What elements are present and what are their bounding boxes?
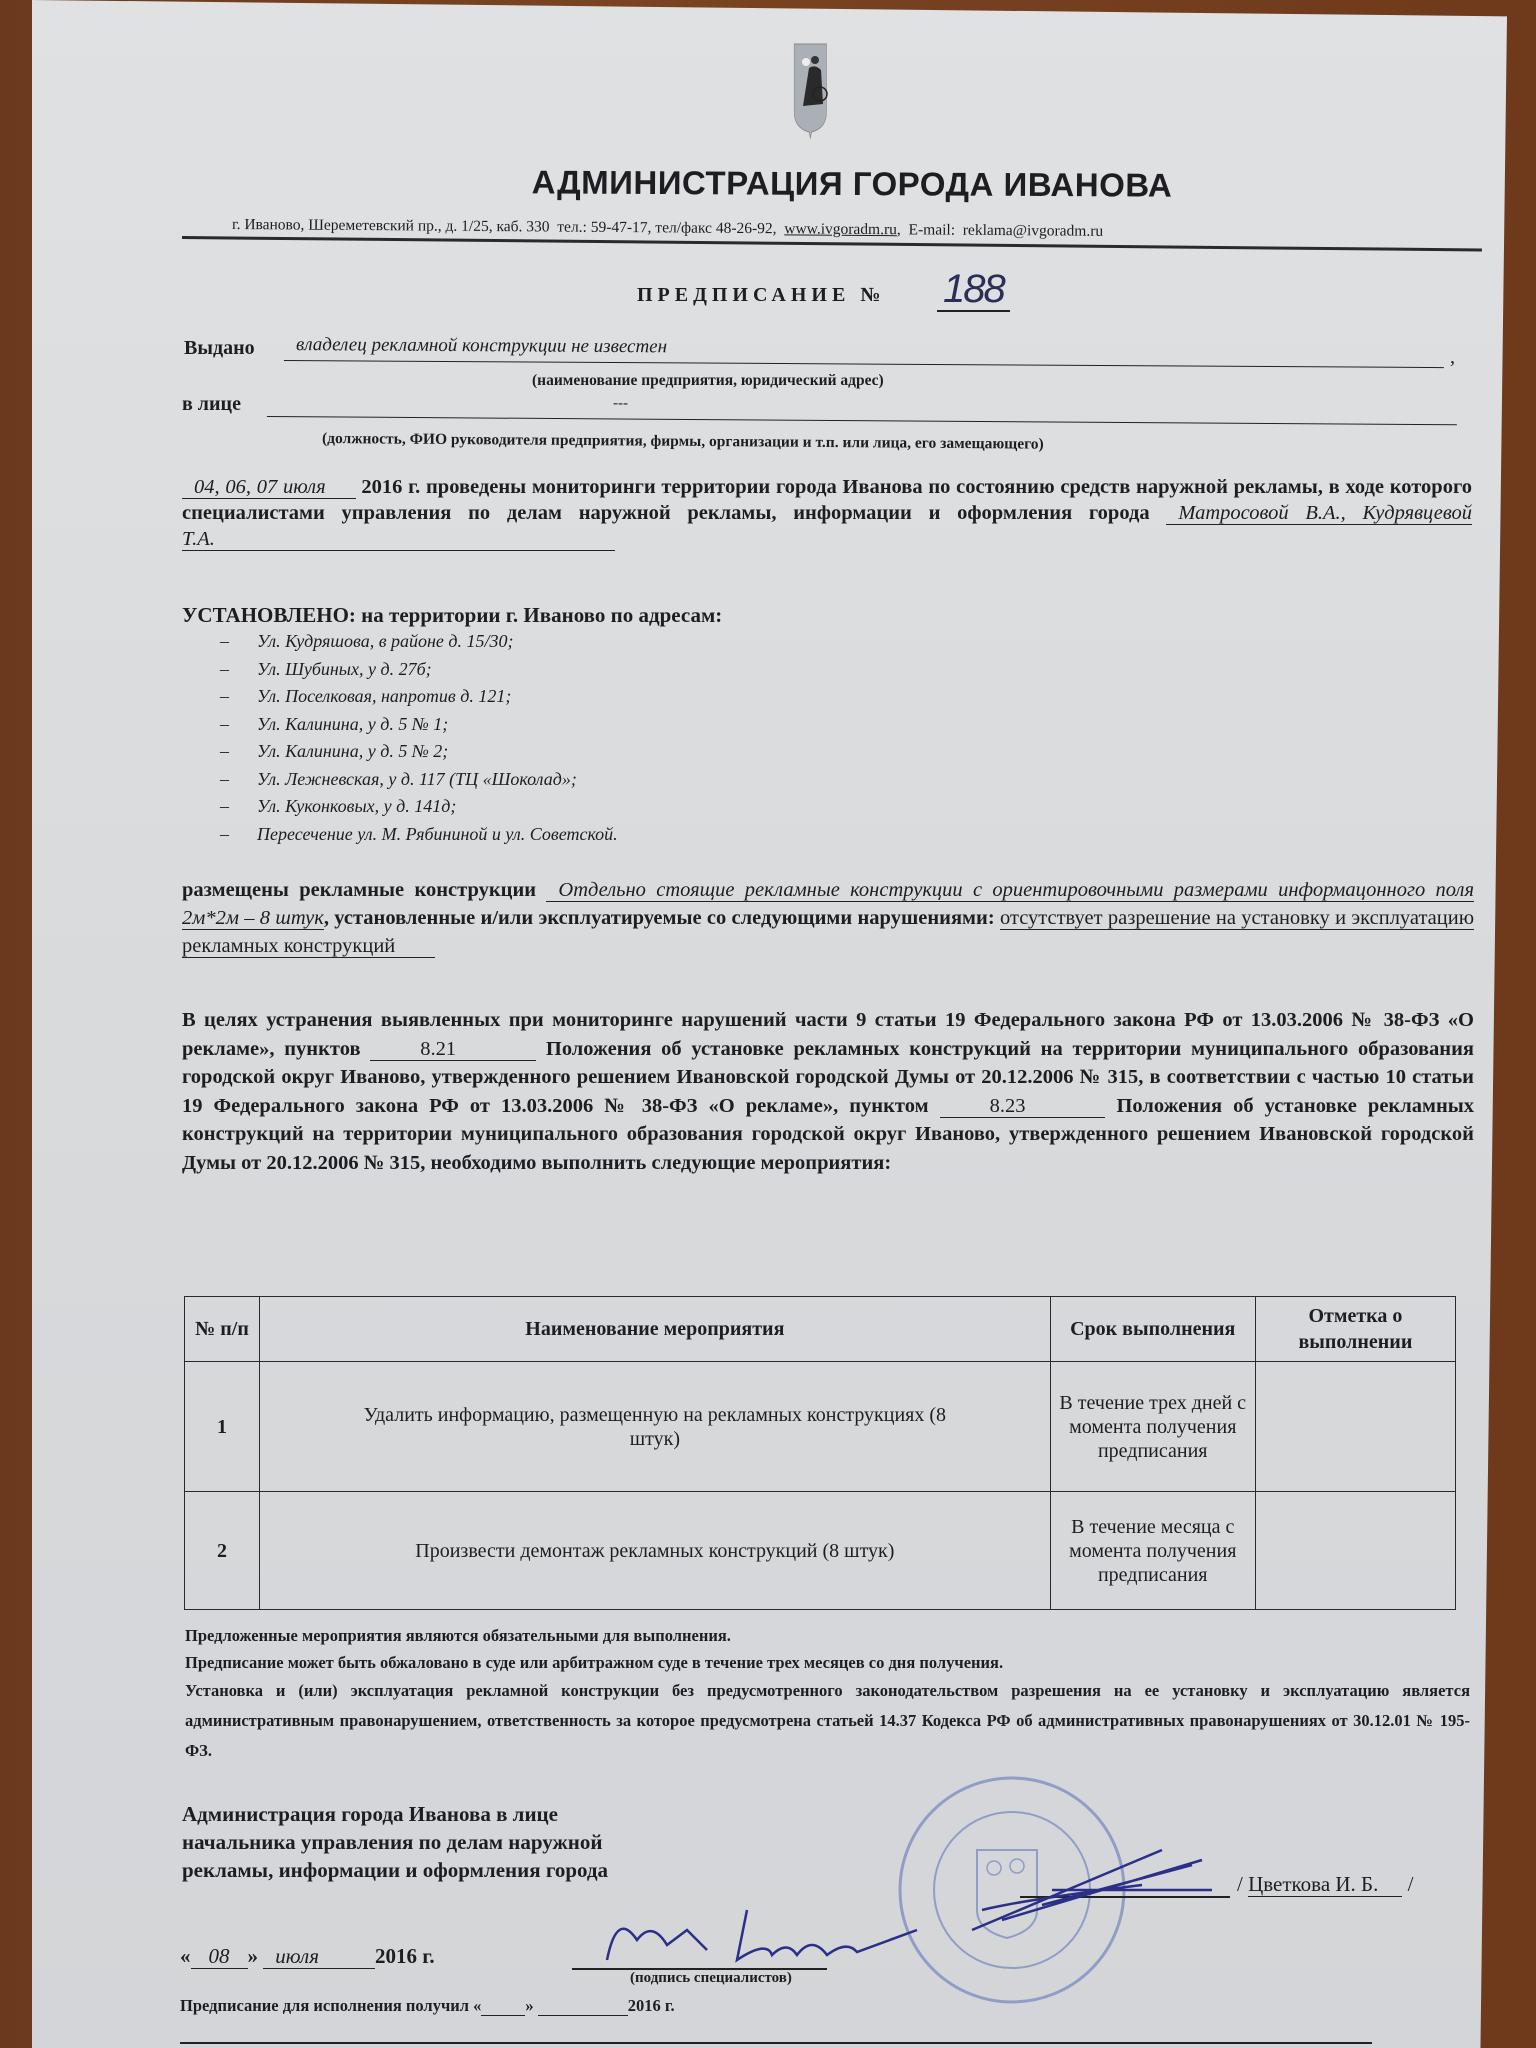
note: Установка и (или) эксплуатация рекламной… — [185, 1676, 1470, 1766]
list-item: Ул. Куконковых, у д. 141д; — [257, 793, 618, 821]
signer-line: рекламы, информации и оформления города — [182, 1856, 608, 1884]
table-row: 1 Удалить информацию, размещенную на рек… — [185, 1362, 1456, 1492]
list-item: Ул. Поселковая, напротив д. 121; — [257, 683, 618, 711]
list-item: Ул. Калинина, у д. 5 № 1; — [257, 711, 618, 739]
list-item: Ул. Шубиных, у д. 27б; — [257, 656, 618, 684]
notes: Предложенные мероприятия являются обязат… — [185, 1622, 1470, 1766]
column-header-number: № п/п — [185, 1297, 260, 1362]
issue-year: 2016 г. — [375, 1944, 435, 1968]
issued-to-hint: (наименование предприятия, юридический а… — [532, 372, 884, 390]
document-title: ПРЕДПИСАНИЕ № — [637, 284, 885, 307]
email-label: E-mail: — [908, 221, 955, 238]
row-measure: Удалить информацию, размещенную на рекла… — [260, 1362, 1051, 1492]
address-list: Ул. Кудряшова, в районе д. 15/30; Ул. Шу… — [257, 628, 618, 848]
director-signature-icon — [962, 1830, 1222, 1940]
clause-2: 8.23 — [940, 1095, 1106, 1118]
represented-by-label: в лице — [182, 393, 241, 416]
received-year: 2016 г. — [628, 1996, 675, 2015]
issue-date: «08» июля2016 г. — [180, 1944, 435, 1969]
received-line: Предписание для исполнения получил «» 20… — [180, 1996, 675, 2016]
column-header-mark: Отметка о выполнении — [1255, 1297, 1455, 1362]
email-link[interactable]: reklama@ivgoradm.ru — [963, 222, 1104, 240]
signer-name: Цветкова И. Б. — [1248, 1872, 1402, 1897]
list-item: Ул. Кудряшова, в районе д. 15/30; — [257, 628, 618, 656]
monitoring-paragraph: 04, 06, 07 июля 2016 г. проведены монито… — [182, 474, 1472, 552]
website-link[interactable]: www.ivgoradm.ru — [784, 220, 897, 238]
issued-to-field: владелец рекламной конструкции не извест… — [284, 334, 1444, 368]
table-row: 2 Произвести демонтаж рекламных конструк… — [185, 1492, 1456, 1610]
represented-by-value: --- — [613, 395, 628, 411]
row-number: 1 — [185, 1362, 260, 1492]
column-header-name: Наименование мероприятия — [260, 1297, 1051, 1362]
table-header-row: № п/п Наименование мероприятия Срок выпо… — [185, 1297, 1456, 1362]
row-deadline: В течение месяца с момента получения пре… — [1050, 1492, 1255, 1610]
row-mark[interactable] — [1255, 1362, 1455, 1492]
clause-1: 8.21 — [370, 1038, 536, 1061]
issued-to-value: владелец рекламной конструкции не извест… — [296, 334, 667, 357]
signer-block: Администрация города Иванова в лице нача… — [182, 1800, 608, 1884]
established-heading: УСТАНОВЛЕНО: на территории г. Иваново по… — [182, 603, 722, 628]
document-number: 188 — [937, 268, 1010, 312]
bottom-signature-line — [180, 2042, 1372, 2044]
issue-month: июля — [263, 1944, 375, 1969]
row-measure: Произвести демонтаж рекламных конструкци… — [260, 1492, 1051, 1610]
measures-table: № п/п Наименование мероприятия Срок выпо… — [184, 1296, 1456, 1610]
list-item: Пересечение ул. М. Рябининой и ул. Совет… — [257, 821, 618, 849]
row-number: 2 — [185, 1492, 260, 1610]
signer-line: Администрация города Иванова в лице — [182, 1800, 608, 1828]
organization-name: АДМИНИСТРАЦИЯ ГОРОДА ИВАНОВА — [472, 163, 1232, 205]
placed-paragraph: размещены рекламные конструкции Отдельно… — [182, 876, 1474, 960]
represented-by-hint: (должность, ФИО руководителя предприятия… — [322, 430, 1044, 454]
received-day-field[interactable] — [481, 1996, 525, 2016]
row-mark[interactable] — [1255, 1492, 1455, 1610]
signer-line: начальника управления по делам наружной — [182, 1828, 608, 1856]
row-deadline: В течение трех дней с момента получения … — [1050, 1362, 1255, 1492]
note: Предписание может быть обжаловано в суде… — [185, 1649, 1470, 1676]
document-page: АДМИНИСТРАЦИЯ ГОРОДА ИВАНОВА г. Иваново,… — [32, 0, 1507, 2048]
list-item: Ул. Калинина, у д. 5 № 2; — [257, 738, 618, 766]
phone: тел.: 59-47-17, тел/факс 48-26-92, — [557, 219, 776, 238]
comma: , — [1450, 346, 1455, 369]
placed-suffix: , установленные и/или эксплуатируемые со… — [324, 907, 852, 929]
issue-day: 08 — [191, 1944, 248, 1969]
city-coat-of-arms-icon — [782, 40, 838, 140]
signer-name-field: / Цветкова И. Б. / — [1237, 1872, 1413, 1897]
violations-label: нарушениями: — [858, 907, 995, 929]
established-text: на территории г. Иваново по адресам: — [361, 603, 722, 627]
column-header-deadline: Срок выполнения — [1050, 1297, 1255, 1362]
specialists-signature-icon — [597, 1900, 937, 1980]
received-label: Предписание для исполнения получил « — [180, 1996, 481, 2015]
legal-paragraph: В целях устранения выявленных при монито… — [182, 1006, 1474, 1178]
note: Предложенные мероприятия являются обязат… — [185, 1622, 1470, 1649]
address: г. Иваново, Шереметевский пр., д. 1/25, … — [232, 216, 550, 235]
list-item: Ул. Лежневская, у д. 117 (ТЦ «Шоколад»; — [257, 766, 618, 794]
represented-by-field: --- — [267, 392, 1457, 425]
issued-to-label: Выдано — [184, 337, 255, 360]
received-month-field[interactable] — [538, 1996, 628, 2016]
placed-label: размещены рекламные конструкции — [182, 879, 536, 901]
specialists-signature-hint: (подпись специалистов) — [630, 1970, 792, 1987]
monitoring-dates: 04, 06, 07 июля — [182, 476, 356, 499]
established-label: УСТАНОВЛЕНО: — [182, 603, 356, 627]
